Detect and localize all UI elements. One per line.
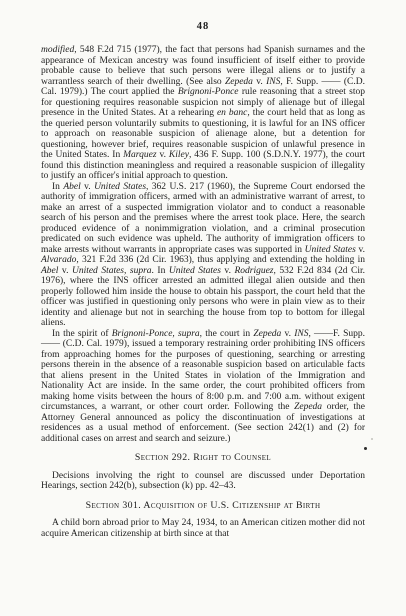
section-heading-301-citizenship-at-birth: Section 301. Acquisition of U.S. Citizen… <box>41 501 365 512</box>
scan-artifact-faint-speck <box>371 438 373 440</box>
section-heading-292-right-to-counsel: Section 292. Right to Counsel <box>41 453 365 464</box>
document-page: 48 modified, 548 F.2d 715 (1977), the fa… <box>0 0 406 616</box>
paragraph-brignoni-ponce-rule: modified, 548 F.2d 715 (1977), the fact … <box>41 45 365 182</box>
paragraph-zepeda-restraining-order: In the spirit of Brignoni-Ponce, supra, … <box>41 329 365 445</box>
scan-artifact-speck <box>364 447 367 450</box>
paragraph-citizenship-at-birth: A child born abroad prior to May 24, 193… <box>41 518 365 539</box>
page-number: 48 <box>0 0 406 32</box>
paragraph-abel-arrest-authority: In Abel v. United States, 362 U.S. 217 (… <box>41 182 365 329</box>
body-text: modified, 548 F.2d 715 (1977), the fact … <box>41 45 365 539</box>
paragraph-right-to-counsel: Decisions involving the right to counsel… <box>41 471 365 492</box>
